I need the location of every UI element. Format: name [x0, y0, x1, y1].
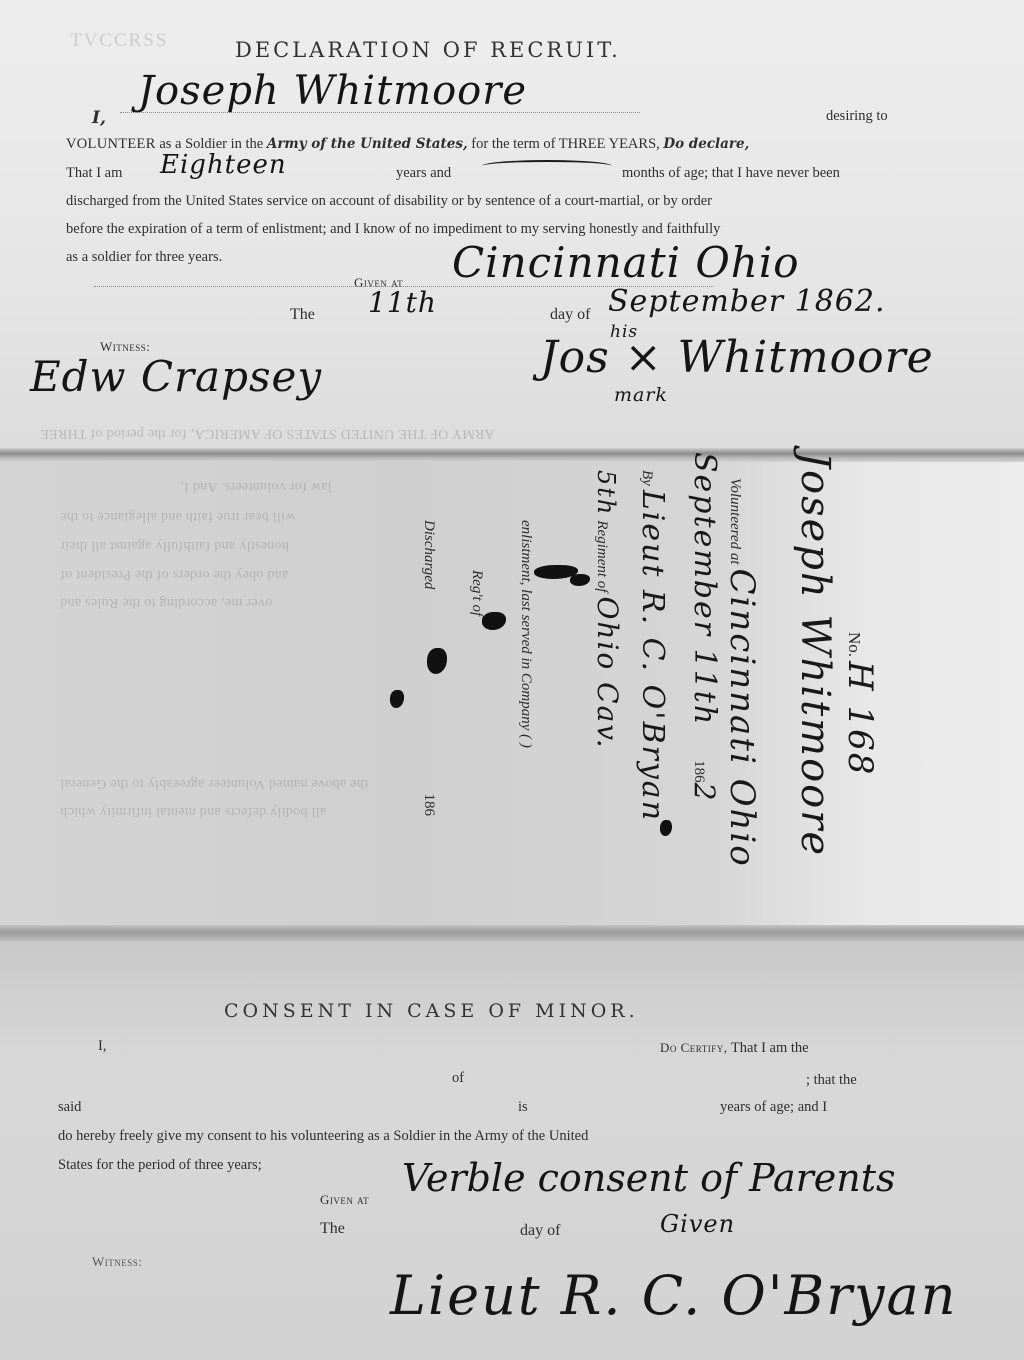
given-at-handwritten: Cincinnati Ohio: [452, 238, 800, 287]
consent-text: years of age; and I: [720, 1099, 827, 1116]
declaration-text: desiring to: [826, 108, 888, 125]
day-of-label: day of: [550, 306, 590, 324]
endorsement-regiment: 5th Regiment of Ohio Cav.: [591, 470, 624, 750]
consent-title: CONSENT IN CASE OF MINOR.: [224, 1000, 639, 1022]
bleed-through-text: will bear true faith and allegiance to t…: [60, 508, 295, 524]
age-years-handwritten: Eighteen: [160, 150, 287, 180]
bleed-through-text: ARMY OF THE UNITED STATES OF AMERICA, fo…: [40, 425, 495, 441]
endorsement-regt-of: Reg't of: [468, 570, 486, 616]
endorsement-number: No. H 168: [840, 632, 880, 776]
consent-text: of: [452, 1070, 464, 1087]
mark-label: mark: [614, 384, 668, 406]
declaration-text: years and: [396, 165, 451, 182]
endorsement-enlistment-company: enlistment, last served in Company ( ): [517, 520, 535, 748]
recruit-name-handwritten: Joseph Whitmoore: [138, 68, 527, 114]
name-blank-line: [120, 112, 640, 113]
consent-given-at-label: Given at: [320, 1192, 369, 1208]
declaration-text: as a soldier for three years.: [66, 249, 222, 266]
bleed-through-text: law for volunteers. And I,: [180, 478, 332, 494]
consent-text: said: [58, 1099, 81, 1116]
consent-given-handwritten: Given: [660, 1210, 735, 1238]
consent-line-1: Do Certify, That I am the: [660, 1040, 809, 1057]
month-year-handwritten: September 1862.: [608, 284, 886, 319]
consent-text: ; that the: [806, 1072, 857, 1089]
consent-the-label: The: [320, 1220, 345, 1238]
ghost-heading: TVCCRSS: [70, 30, 168, 52]
consent-text: States for the period of three years;: [58, 1157, 262, 1174]
consent-text: is: [518, 1099, 528, 1116]
consent-given-at-handwritten: Verble consent of Parents: [402, 1156, 896, 1200]
declaration-text: That I am: [66, 165, 122, 182]
endorsement-by: By Lieut R. C. O'Bryan: [635, 470, 670, 822]
paper-fold-crease: [0, 448, 1024, 462]
consent-day-of-label: day of: [520, 1222, 560, 1240]
declaration-title: DECLARATION OF RECRUIT.: [235, 38, 621, 62]
paper-fold-crease: [0, 925, 1024, 941]
declaration-text: months of age; that I have never been: [622, 165, 840, 182]
bleed-through-text: and obey the orders of the President of: [60, 566, 288, 582]
day-handwritten: 11th: [368, 286, 437, 319]
officer-signature: Lieut R. C. O'Bryan: [390, 1264, 958, 1327]
bleed-through-text: honestly and faithfully against all thei…: [60, 537, 289, 553]
endorsement-volunteered-at: Volunteered at Cincinnati Ohio: [722, 478, 762, 868]
age-months-dash: [482, 160, 612, 172]
consent-text: do hereby freely give my consent to his …: [58, 1128, 588, 1145]
bleed-through-text: over me, according to the Rules and: [60, 594, 272, 610]
consent-pronoun-i: I,: [98, 1038, 106, 1055]
witness-signature: Edw Crapsey: [30, 352, 322, 401]
pronoun-i: I,: [92, 108, 106, 128]
the-label: The: [290, 306, 315, 324]
endorsement-name: Joseph Whitmoore: [792, 452, 838, 857]
declaration-text: discharged from the United States servic…: [66, 193, 712, 210]
consent-witness-label: Witness:: [92, 1254, 142, 1270]
bleed-through-text: the above named Volunteer agreeably to t…: [60, 775, 368, 791]
recruit-signature: Jos × Whitmoore: [540, 332, 934, 383]
bleed-through-text: all bodily defects and mental infirmity …: [60, 803, 326, 819]
declaration-text: before the expiration of a term of enlis…: [66, 221, 720, 238]
endorsement-date: September 11th 1862: [687, 452, 722, 802]
